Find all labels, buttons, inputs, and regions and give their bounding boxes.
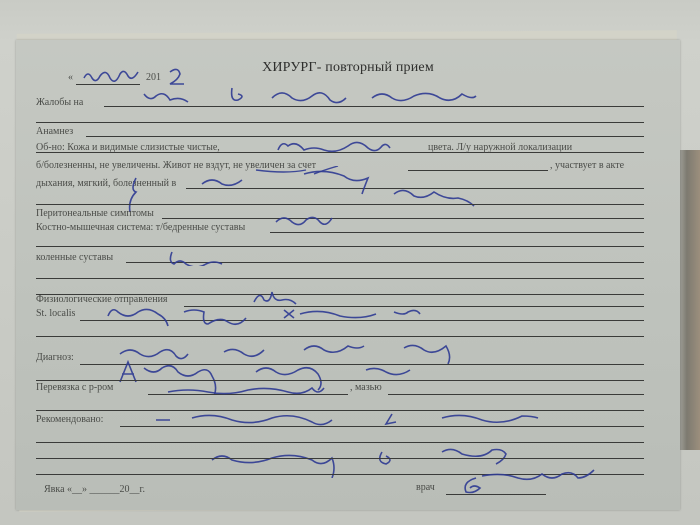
exam-line2-b: , участвует в акте — [550, 160, 624, 171]
complaints-line-2[interactable] — [36, 122, 644, 123]
handwritten-dressing — [166, 382, 346, 400]
diagnosis-line-2[interactable] — [36, 380, 644, 381]
complaints-label: Жалобы на — [36, 97, 83, 108]
ointment-field[interactable] — [388, 394, 644, 395]
date-line[interactable] — [76, 84, 140, 85]
recommended-line-3[interactable] — [36, 458, 644, 459]
exam-line1-label: Об-но: Кожа и видимые слизистые чистые, — [36, 142, 220, 153]
recommended-label: Рекомендовано: — [36, 414, 103, 425]
handwritten-hip-joints — [274, 212, 344, 228]
handwritten-date — [82, 66, 142, 84]
st-localis-label: St. localis — [36, 308, 75, 319]
date-open-quote: « — [68, 72, 73, 83]
background-object — [678, 150, 700, 450]
peritoneal-field[interactable] — [162, 218, 644, 219]
doctor-label: врач — [416, 482, 435, 493]
surgeon-form: ХИРУРГ- повторный прием « 201 Жалобы на … — [16, 40, 680, 510]
date-year-prefix: 201 — [146, 72, 161, 83]
knee-label: коленные суставы — [36, 252, 113, 263]
anamnesis-label: Анамнез — [36, 126, 73, 137]
exam-line1-b: цвета. Л/у наружной локализации — [428, 142, 572, 153]
musculoskeletal-label: Костно-мышечная система: т/бедренные сус… — [36, 222, 245, 233]
handwritten-complaints — [142, 84, 572, 108]
appearance-date-label: Явка «__» ______20__г. — [44, 484, 145, 495]
diagnosis-label: Диагноз: — [36, 352, 74, 363]
st-localis-line-2[interactable] — [36, 336, 644, 337]
ointment-label: , мазью — [350, 382, 382, 393]
handwritten-doctor-signature — [456, 468, 616, 498]
dressing-line-2[interactable] — [36, 410, 644, 411]
musculoskeletal-line-2[interactable] — [36, 246, 644, 247]
handwritten-year-digit — [166, 66, 188, 86]
handwritten-tenderness — [124, 170, 524, 216]
handwritten-skin-color — [276, 136, 406, 158]
dressing-label: Перевязка с р-ром — [36, 382, 113, 393]
recommended-line-2[interactable] — [36, 442, 644, 443]
handwritten-knee — [166, 250, 226, 266]
peritoneal-label: Перитонеальные симптомы — [36, 208, 154, 219]
exam-extra-line[interactable] — [36, 204, 644, 205]
hip-joints-field[interactable] — [270, 232, 644, 233]
knee-line-2[interactable] — [36, 278, 644, 279]
